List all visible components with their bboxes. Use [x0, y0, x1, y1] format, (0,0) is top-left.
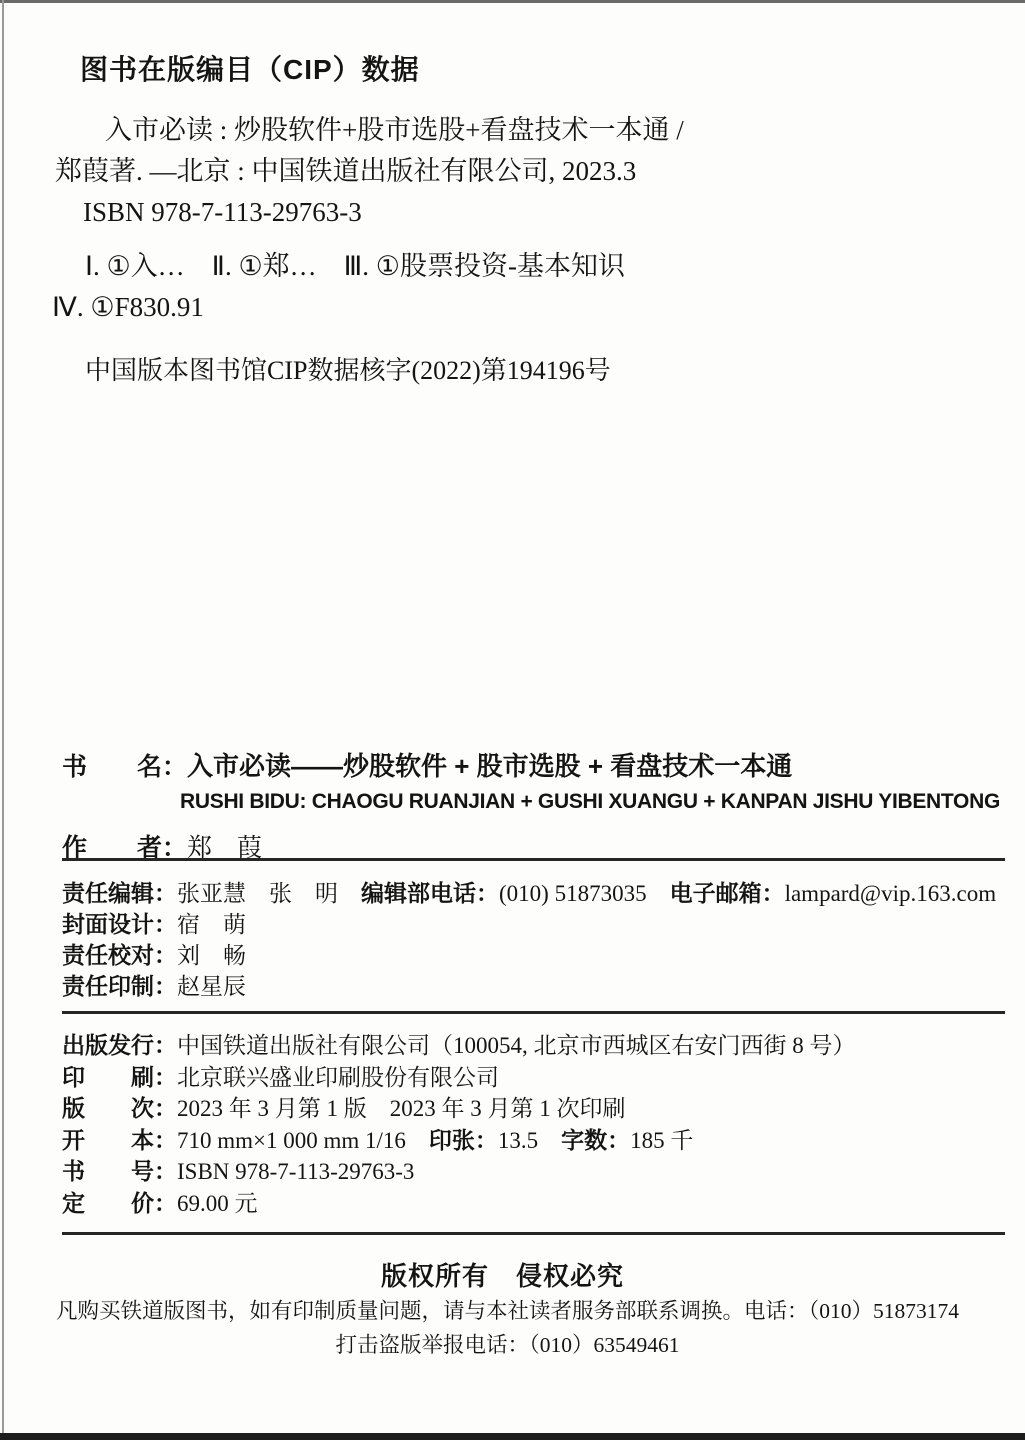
staff-editor-row: 责任编辑：张亚慧 张 明 编辑部电话：(010) 51873035 电子邮箱：l…: [62, 878, 1007, 909]
edition-label: 版 次：: [62, 1095, 177, 1121]
format-label: 开 本：: [62, 1127, 177, 1153]
copyright-page: 图书在版编目（CIP）数据 入市必读 : 炒股软件+股市选股+看盘技术一本通 /…: [0, 0, 1025, 1440]
edition-value: 2023 年 3 月第 1 版 2023 年 3 月第 1 次印刷: [177, 1096, 626, 1121]
email-label: 电子邮箱：: [670, 880, 785, 906]
price-value: 69.00 元: [177, 1191, 258, 1216]
publisher-value: 中国铁道出版社有限公司（100054, 北京市西城区右安门西街 8 号）: [177, 1033, 856, 1058]
staff-cover-row: 封面设计：宿 萌: [62, 909, 1007, 940]
book-author-row: 作 者：郑 葭: [62, 830, 1007, 867]
cip-entry: 入市必读 : 炒股软件+股市选股+看盘技术一本通 / 郑葭著. —北京 : 中国…: [55, 110, 975, 233]
dept-phone-label: 编辑部电话：: [361, 880, 499, 906]
dept-phone: (010) 51873035: [499, 881, 647, 906]
printer-label: 印 刷：: [62, 1064, 177, 1090]
email-value: lampard@vip.163.com: [785, 881, 997, 906]
editor-names: 张亚慧 张 明: [177, 881, 338, 906]
cip-heading: 图书在版编目（CIP）数据: [80, 48, 420, 88]
cover-designer: 宿 萌: [177, 912, 246, 937]
scan-edge-left: [2, 0, 4, 1440]
print-supervisor-label: 责任印制：: [62, 973, 177, 999]
divider-rule-3: [62, 1232, 1005, 1235]
printer-value: 北京联兴盛业印刷股份有限公司: [177, 1065, 499, 1090]
publication-block: 出版发行：中国铁道出版社有限公司（100054, 北京市西城区右安门西街 8 号…: [62, 1030, 1007, 1219]
printer-row: 印 刷：北京联兴盛业印刷股份有限公司: [62, 1062, 1007, 1094]
cover-designer-label: 封面设计：: [62, 911, 177, 937]
spacer: [338, 881, 361, 906]
cip-entry-publisher: 郑葭著. —北京 : 中国铁道出版社有限公司, 2023.3: [55, 151, 975, 192]
book-title-label: 书 名：: [62, 753, 187, 781]
cip-record-number: 中国版本图书馆CIP数据核字(2022)第194196号: [85, 350, 611, 387]
format-row: 开 本：710 mm×1 000 mm 1/16 印张：13.5 字数：185 …: [62, 1125, 1007, 1157]
book-info-block: 书 名：入市必读——炒股软件 + 股市选股 + 看盘技术一本通 RUSHI BI…: [62, 748, 1007, 867]
staff-proof-row: 责任校对：刘 畅: [62, 940, 1007, 971]
quality-notice: 凡购买铁道版图书，如有印制质量问题，请与本社读者服务部联系调换。电话：（010）…: [0, 1294, 1015, 1325]
proofreader: 刘 畅: [177, 943, 246, 968]
sheets-label: 印张：: [429, 1127, 498, 1153]
editor-label: 责任编辑：: [62, 880, 177, 906]
staff-block: 责任编辑：张亚慧 张 明 编辑部电话：(010) 51873035 电子邮箱：l…: [62, 878, 1007, 1002]
isbn-value: ISBN 978-7-113-29763-3: [177, 1159, 414, 1184]
spacer: [647, 881, 670, 906]
staff-print-row: 责任印制：赵星辰: [62, 971, 1007, 1002]
divider-rule-2: [62, 1011, 1005, 1014]
publisher-row: 出版发行：中国铁道出版社有限公司（100054, 北京市西城区右安门西街 8 号…: [62, 1030, 1007, 1062]
word-count-value: 185 千: [630, 1128, 693, 1153]
sheets-value: 13.5: [498, 1128, 538, 1153]
proofreader-label: 责任校对：: [62, 942, 177, 968]
isbn-label: 书 号：: [62, 1158, 177, 1184]
copyright-statement: 版权所有 侵权必究: [0, 1256, 1005, 1293]
book-title-pinyin: RUSHI BIDU: CHAOGU RUANJIAN + GUSHI XUAN…: [180, 786, 1007, 818]
book-title: 入市必读——炒股软件 + 股市选股 + 看盘技术一本通: [187, 751, 792, 781]
publisher-label: 出版发行：: [62, 1032, 177, 1058]
cip-classification: Ⅰ. ①入… Ⅱ. ①郑… Ⅲ. ①股票投资-基本知识 Ⅳ. ①F830.91: [52, 246, 972, 328]
book-title-row: 书 名：入市必读——炒股软件 + 股市选股 + 看盘技术一本通: [62, 748, 1007, 786]
cip-class-line2: Ⅳ. ①F830.91: [52, 287, 972, 328]
print-supervisor: 赵星辰: [177, 974, 246, 999]
scan-edge-top: [0, 0, 1025, 3]
cip-class-line1: Ⅰ. ①入… Ⅱ. ①郑… Ⅲ. ①股票投资-基本知识: [85, 246, 972, 287]
piracy-hotline: 打击盗版举报电话：（010）63549461: [0, 1328, 1015, 1359]
spacer: [406, 1128, 429, 1153]
cip-entry-isbn: ISBN 978-7-113-29763-3: [83, 192, 975, 233]
price-row: 定 价：69.00 元: [62, 1188, 1007, 1220]
format-value: 710 mm×1 000 mm 1/16: [177, 1128, 406, 1153]
edition-row: 版 次：2023 年 3 月第 1 版 2023 年 3 月第 1 次印刷: [62, 1093, 1007, 1125]
price-label: 定 价：: [62, 1190, 177, 1216]
spacer: [538, 1128, 561, 1153]
word-count-label: 字数：: [561, 1127, 630, 1153]
cip-entry-title: 入市必读 : 炒股软件+股市选股+看盘技术一本通 /: [105, 110, 975, 151]
scan-edge-bottom: [0, 1433, 1025, 1440]
divider-rule-1: [62, 858, 1005, 861]
isbn-row: 书 号：ISBN 978-7-113-29763-3: [62, 1156, 1007, 1188]
